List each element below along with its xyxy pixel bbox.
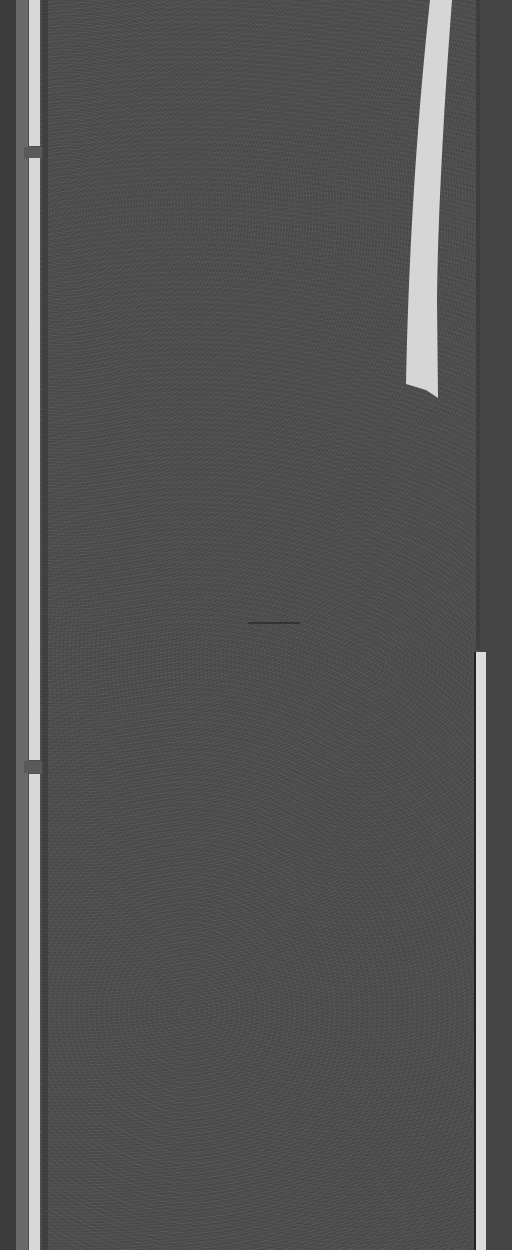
right-edge-line [474, 652, 486, 1250]
pavement-crack [248, 622, 300, 624]
left-edge-line-segment [29, 158, 40, 760]
left-edge-line-segment [29, 0, 40, 146]
pavement-patch [24, 761, 44, 773]
curved-lane-marking [400, 0, 460, 400]
left-shoulder [0, 0, 16, 1250]
left-edge-line-segment [29, 774, 40, 1250]
left-shoulder-stripe [16, 0, 28, 1250]
road-surface [0, 0, 512, 1250]
pavement-seam [42, 0, 48, 1250]
